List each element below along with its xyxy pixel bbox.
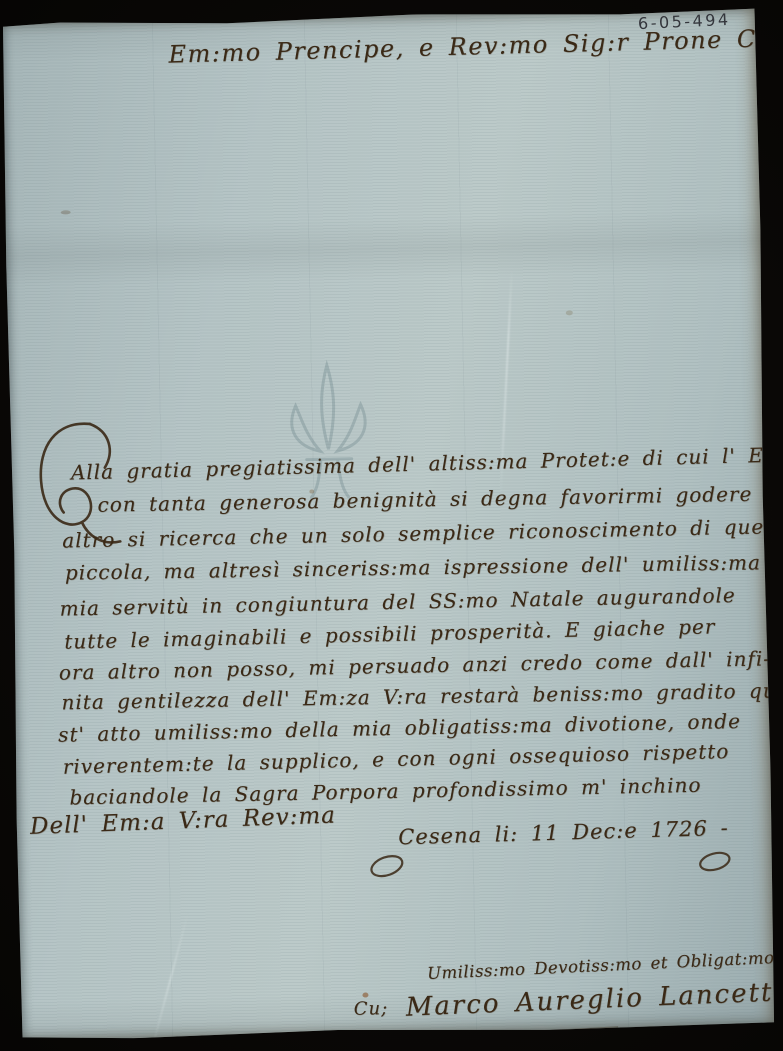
body-line: ora altro non posso, mi persuado anzi cr…: [59, 646, 772, 684]
salutation-header: Em:mo Prencipe, e Rev:mo Sig:r Prone Col…: [168, 23, 783, 69]
body-line: altro si ricerca che un solo semplice ri…: [62, 514, 783, 553]
photo-of-letter: { "photo": { "background_color": "#0a080…: [0, 0, 783, 1051]
body-line: nita gentilezza dell' Em:za V:ra restarà…: [61, 678, 783, 714]
body-line: mia servitù in congiuntura del SS:mo Nat…: [59, 583, 736, 621]
paper-stain: [61, 210, 71, 214]
body-line: con tanta generosa benignità si degna fa…: [97, 482, 752, 517]
photo-background: 6-05-494 Em:mo Prencipe, e Rev:mo Sig:r …: [0, 0, 783, 1051]
paper-stain: [566, 310, 573, 315]
dateline: Cesena li: 11 Dec:e 1726 -: [398, 816, 729, 850]
body-line: baciandole la Sagra Porpora profondissim…: [69, 773, 702, 810]
fleur-de-lis-watermark: [275, 356, 383, 503]
rust-stain: [362, 992, 368, 997]
dateline-flourish: [365, 843, 746, 885]
body-line: Alla gratia pregiatissima dell' altiss:m…: [71, 440, 783, 485]
paper-scratch: [151, 913, 189, 1049]
body-line: tutte le imaginabili e possibili prosper…: [64, 614, 716, 653]
signature-title: Umiliss:mo Devotiss:mo et Obligat:mo Ser…: [427, 944, 783, 983]
signature-flourish: [548, 1026, 618, 1032]
signature-name: Marco Aureglio Lancetti: [405, 977, 783, 1022]
letter-paper: 6-05-494 Em:mo Prencipe, e Rev:mo Sig:r …: [0, 7, 777, 1042]
margin-note: Cu;: [354, 998, 389, 1020]
body-line: riverentem:te la supplico, e con ogni os…: [63, 739, 730, 779]
body-line: piccola, ma altresì sinceriss:ma ispress…: [65, 550, 761, 584]
